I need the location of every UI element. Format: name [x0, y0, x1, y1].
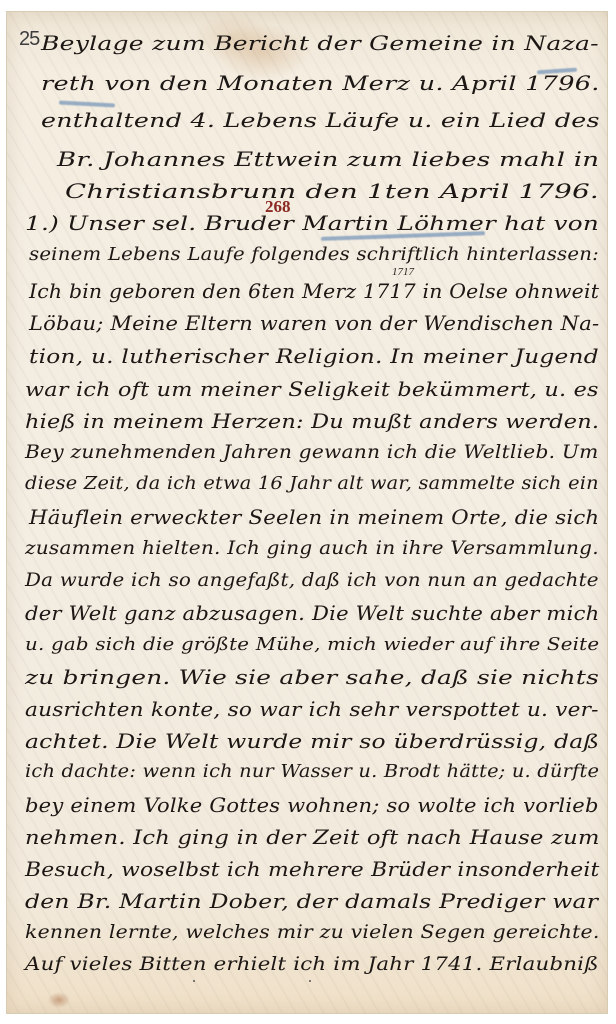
manuscript-line: nehmen. Ich ging in der Zeit oft nach Ha… [25, 826, 600, 849]
manuscript-line: zu bringen. Wie sie aber sahe, daß sie n… [25, 666, 599, 689]
manuscript-line: diese Zeit, da ich etwa 16 Jahr alt war,… [25, 474, 599, 494]
manuscript-line: tion, u. lutherischer Religion. In meine… [29, 345, 599, 368]
manuscript-line: war ich oft um meiner Seligkeit bekümmer… [25, 378, 599, 401]
manuscript-line: u. gab sich die größte Mühe, mich wieder… [25, 634, 599, 655]
manuscript-line: der Welt ganz abzusagen. Die Welt suchte… [25, 602, 599, 625]
manuscript-line: ausrichten konte, so war ich sehr verspo… [25, 698, 599, 721]
manuscript-line: bey einem Volke Gottes wohnen; so wolte … [25, 794, 599, 817]
manuscript-line: Christiansbrunn den 1ten April 1796. [65, 180, 599, 203]
manuscript-line: Br. Johannes Ettwein zum liebes mahl in [57, 148, 599, 171]
manuscript-line: Auf vieles Bitten erhielt ich im Jahr 17… [25, 954, 599, 975]
manuscript-line: Da wurde ich so angefaßt, daß ich von nu… [25, 570, 599, 591]
ink-dot [309, 980, 311, 982]
manuscript-line: achtet. Die Welt wurde mir so überdrüssi… [25, 730, 599, 753]
margin-annotation: 1717 [392, 266, 414, 278]
manuscript-line: hieß in meinem Herzen: Du mußt anders we… [25, 410, 599, 433]
manuscript-line: enthaltend 4. Lebens Läufe u. ein Lied d… [41, 109, 600, 132]
manuscript-line: zusammen hielten. Ich ging auch in ihre … [25, 538, 599, 559]
manuscript-line: kennen lernte, welches mir zu vielen Seg… [25, 922, 600, 943]
manuscript-line: ich dachte: wenn ich nur Wasser u. Brodt… [25, 762, 599, 782]
manuscript-line: Besuch, woselbst ich mehrere Brüder inso… [25, 858, 600, 881]
manuscript-line: Bey zunehmenden Jahren gewann ich die We… [25, 442, 598, 463]
manuscript-line: Beylage zum Bericht der Gemeine in Naza- [41, 32, 599, 55]
manuscript-line: Löbau; Meine Eltern waren von der Wendis… [29, 312, 599, 335]
manuscript-page: 25 268 1717 Beylage zum Bericht der Geme… [6, 11, 608, 1014]
manuscript-line: Ich bin geboren den 6ten Merz 1717 in Oe… [29, 280, 599, 303]
blue-pencil-mark [59, 101, 115, 108]
manuscript-line: Häuflein erweckter Seelen in meinem Orte… [29, 506, 599, 529]
manuscript-line: reth von den Monaten Merz u. April 1796. [41, 72, 600, 95]
folio-number: 25 [19, 28, 39, 51]
manuscript-line: den Br. Martin Dober, der damals Predige… [25, 890, 598, 913]
manuscript-line: 1.) Unser sel. Bruder Martin Löhmer hat … [25, 212, 599, 235]
manuscript-line: seinem Lebens Laufe folgendes schriftlic… [29, 245, 599, 265]
ink-dot [193, 980, 195, 982]
